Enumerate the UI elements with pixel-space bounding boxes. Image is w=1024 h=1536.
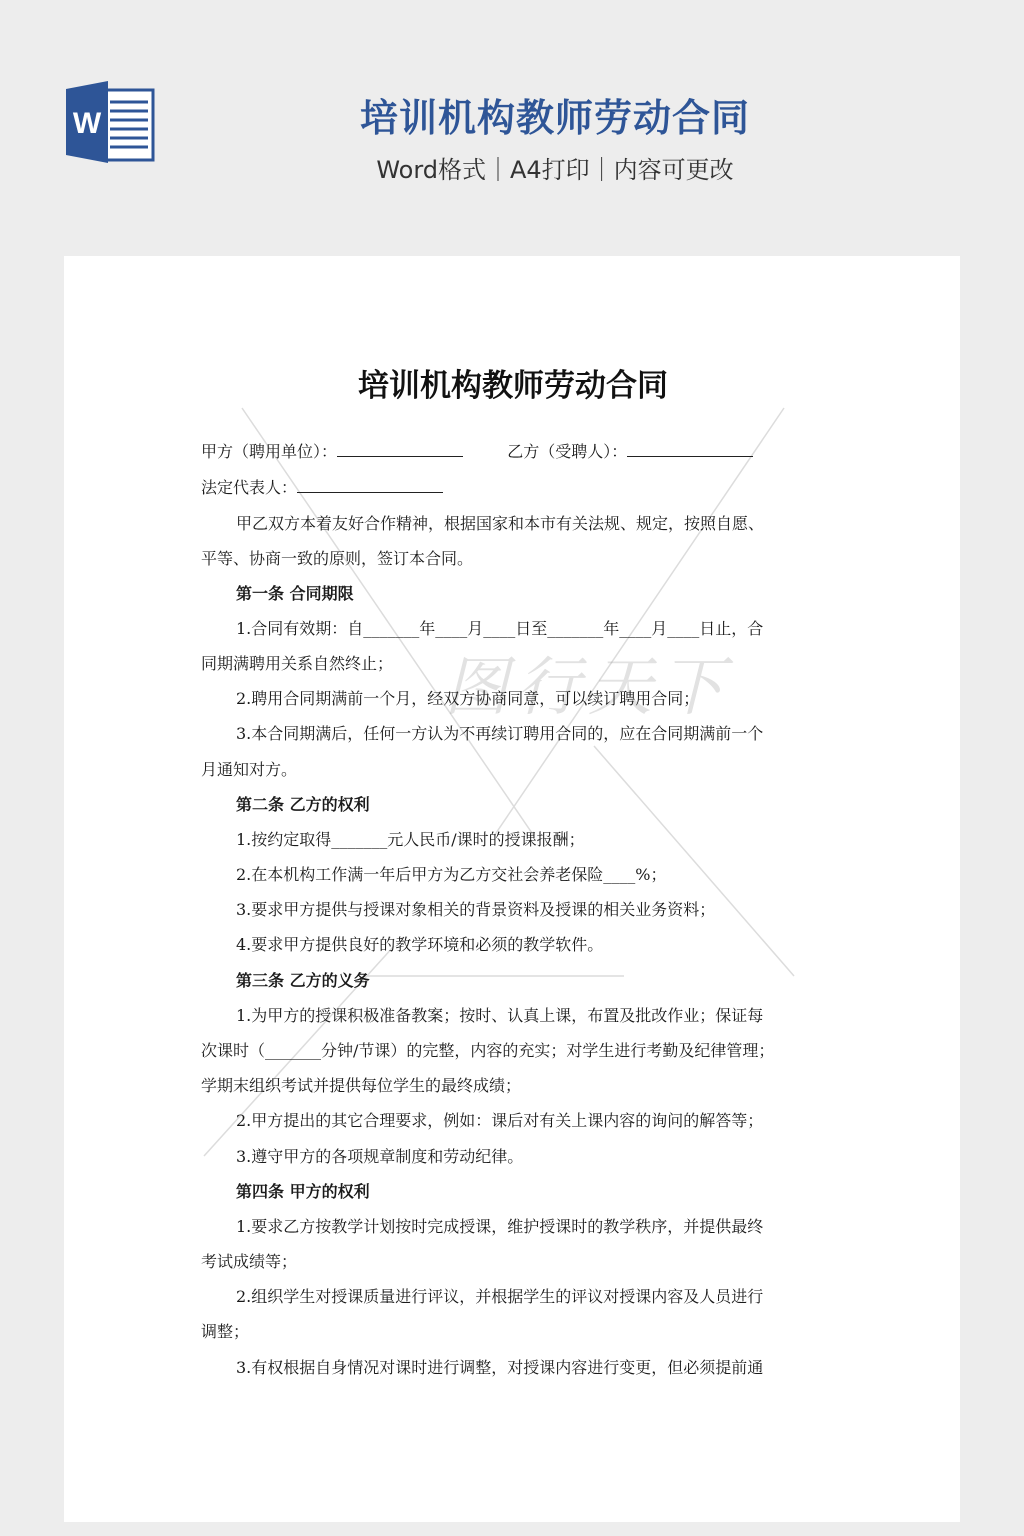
document-page: 图行天下 培训机构教师劳动合同 甲方（聘用单位）： 乙方（受聘人）： 法定代表人… (64, 256, 960, 1522)
clause-line: 1.按约定取得_______元人民币/课时的授课报酬； (236, 828, 585, 852)
clause-line: 2.聘用合同期满前一个月，经双方协商同意，可以续订聘用合同； (236, 687, 699, 711)
section-heading: 第三条 乙方的义务 (236, 969, 370, 993)
svg-text:W: W (73, 107, 102, 140)
clause-line: 3.遵守甲方的各项规章制度和劳动纪律。 (236, 1145, 523, 1169)
preamble-line: 平等、协商一致的原则，签订本合同。 (201, 547, 473, 571)
clause-line: 2.组织学生对授课质量进行评议，并根据学生的评议对授课内容及人员进行 (236, 1285, 763, 1309)
header-banner: W 培训机构教师劳动合同 Word格式｜A4打印｜内容可更改 (0, 0, 1024, 256)
watermark-text: 图行天下 (444, 636, 732, 728)
section-heading: 第二条 乙方的权利 (236, 793, 370, 817)
document-title: 培训机构教师劳动合同 (201, 364, 825, 408)
clause-line: 1.为甲方的授课积极准备教案；按时、认真上课，布置及批改作业；保证每 (236, 1004, 763, 1028)
banner-title: 培训机构教师劳动合同 (300, 92, 810, 144)
clause-line: 4.要求甲方提供良好的教学环境和必须的教学软件。 (236, 933, 603, 957)
party-a-blank[interactable] (337, 440, 463, 457)
clause-line: 考试成绩等； (201, 1250, 297, 1274)
party-a-label: 甲方（聘用单位）： (201, 442, 337, 461)
preamble-line: 甲乙双方本着友好合作精神，根据国家和本市有关法规、规定，按照自愿、 (236, 512, 764, 536)
clause-line: 3.要求甲方提供与授课对象相关的背景资料及授课的相关业务资料； (236, 898, 715, 922)
clause-line: 学期末组织考试并提供每位学生的最终成绩； (201, 1074, 521, 1098)
clause-line: 3.本合同期满后，任何一方认为不再续订聘用合同的，应在合同期满前一个 (236, 722, 763, 746)
legal-rep-label: 法定代表人： (201, 478, 297, 497)
clause-line: 次课时（_______分钟/节课）的完整，内容的充实；对学生进行考勤及纪律管理； (201, 1039, 774, 1063)
banner-subtitle: Word格式｜A4打印｜内容可更改 (300, 152, 810, 188)
section-heading: 第一条 合同期限 (236, 582, 354, 606)
section-heading: 第四条 甲方的权利 (236, 1180, 370, 1204)
clause-line: 月通知对方。 (201, 758, 297, 782)
clause-line: 2.在本机构工作满一年后甲方为乙方交社会养老保险____%； (236, 863, 666, 887)
clause-line: 1.合同有效期：自_______年____月____日至_______年____… (236, 617, 763, 641)
party-b-blank[interactable] (627, 440, 753, 457)
legal-rep-line: 法定代表人： (201, 476, 443, 500)
party-b-label: 乙方（受聘人）： (507, 442, 627, 461)
legal-rep-blank[interactable] (297, 476, 443, 493)
party-line: 甲方（聘用单位）： 乙方（受聘人）： (201, 440, 753, 464)
clause-line: 1.要求乙方按教学计划按时完成授课，维护授课时的教学秩序，并提供最终 (236, 1215, 763, 1239)
word-doc-icon: W (64, 81, 156, 163)
clause-line: 调整； (201, 1320, 249, 1344)
clause-line: 2.甲方提出的其它合理要求，例如：课后对有关上课内容的询问的解答等； (236, 1109, 763, 1133)
clause-line: 同期满聘用关系自然终止； (201, 652, 393, 676)
clause-line: 3.有权根据自身情况对课时进行调整，对授课内容进行变更，但必须提前通 (236, 1356, 763, 1380)
